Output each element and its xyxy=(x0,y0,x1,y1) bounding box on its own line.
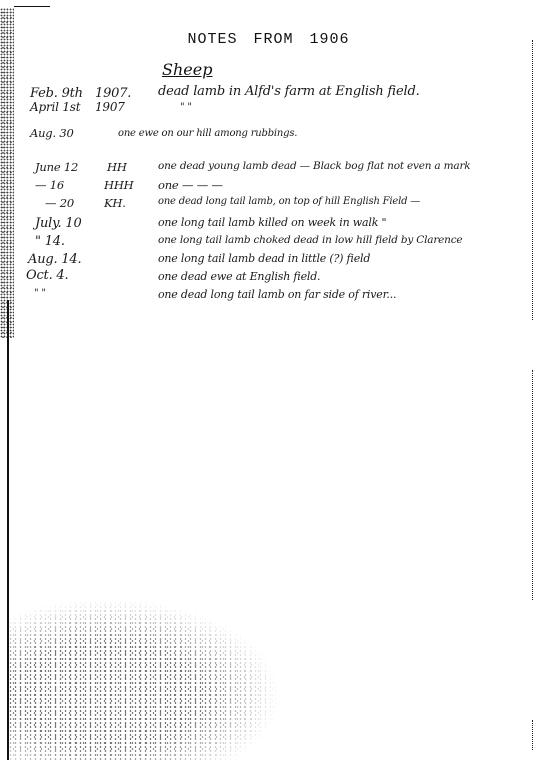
entry-text: one dead ewe at English field. xyxy=(158,270,320,283)
entry-date: " " xyxy=(34,288,104,299)
right-page-edge xyxy=(532,720,533,750)
page-title: NOTES FROM 1906 xyxy=(0,31,537,48)
entry-text: one — — — xyxy=(158,178,223,192)
entry-text: one dead long tail lamb on far side of r… xyxy=(158,288,396,301)
entry-text: one long tail lamb choked dead in low hi… xyxy=(158,234,462,246)
entry-ref: 1907 xyxy=(95,100,135,114)
entry-ref: KH. xyxy=(104,196,144,210)
entry-ref: 1907. xyxy=(95,86,135,101)
scan-noise-left-margin xyxy=(0,8,14,338)
scan-noise-bottom-left xyxy=(8,545,338,760)
entry-date: Feb. 9th xyxy=(30,86,100,101)
entry-date: Oct. 4. xyxy=(26,268,96,283)
right-page-edge xyxy=(532,40,533,320)
entry-text: one ewe on our hill among rubbings. xyxy=(118,128,297,139)
top-left-rule xyxy=(14,6,50,7)
entry-date: " 14. xyxy=(35,234,105,249)
entry-date: — 16 xyxy=(35,178,105,192)
entry-ref: HH xyxy=(107,160,147,174)
scanned-notebook-page: NOTES FROM 1906 Sheep Feb. 9th 1907. dea… xyxy=(0,0,537,760)
entry-text-ditto: " " xyxy=(180,102,192,113)
entry-date: Aug. 14. xyxy=(28,252,98,267)
entry-date: April 1st xyxy=(30,100,100,114)
entry-ref: HHH xyxy=(104,178,144,192)
entry-date: Aug. 30 xyxy=(30,126,100,140)
entry-text: one dead young lamb dead — Black bog fla… xyxy=(158,160,470,172)
entry-text: dead lamb in Alfd's farm at English fiel… xyxy=(158,84,420,99)
entry-text: one dead long tail lamb, on top of hill … xyxy=(158,196,420,207)
right-page-edge xyxy=(532,370,533,600)
entry-text: one long tail lamb dead in little (?) fi… xyxy=(158,252,370,265)
section-heading: Sheep xyxy=(162,60,212,79)
entry-date: June 12 xyxy=(35,160,105,174)
entry-date: July. 10 xyxy=(35,216,105,231)
entry-text: one long tail lamb killed on week in wal… xyxy=(158,216,386,229)
